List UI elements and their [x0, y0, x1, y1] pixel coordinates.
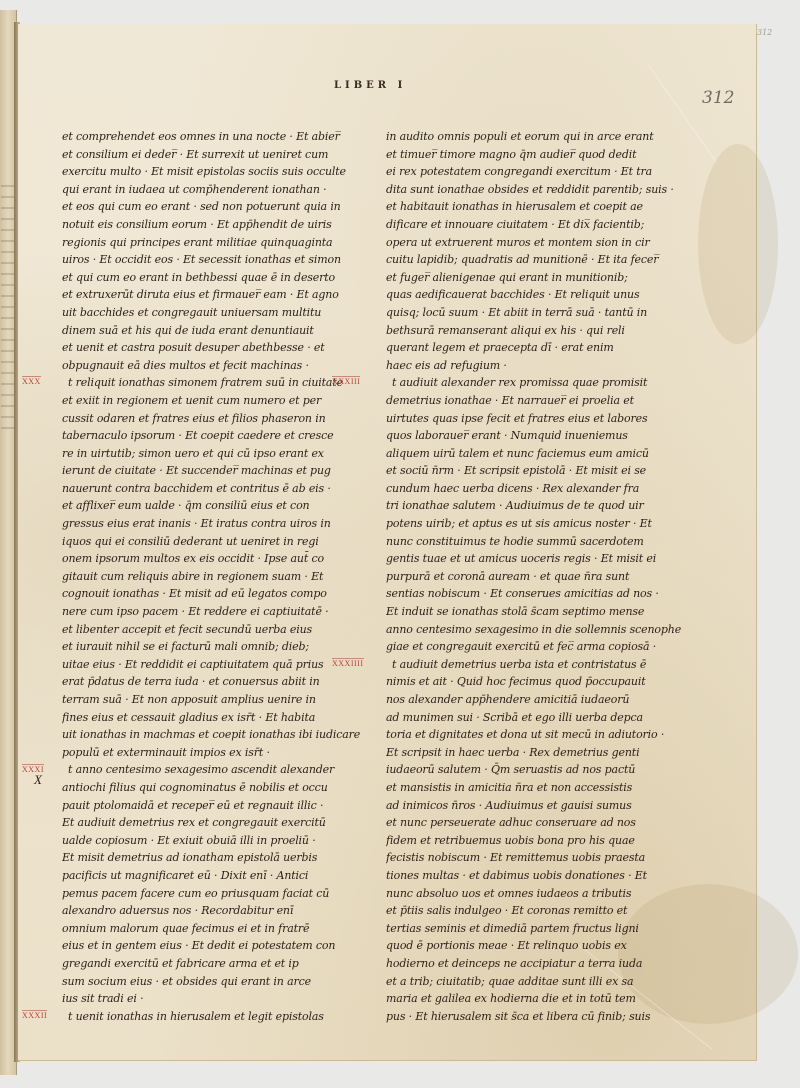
text-line: purpurā et coronā auream · et quae n̄r… — [386, 568, 706, 586]
text-line: cuitu lapidib; quadratis ad munitionē ·… — [386, 251, 706, 269]
text-line: Et anno centesimo sexagesimo ascendit al… — [62, 761, 378, 779]
text-line: et a trib; ciuitatib; quae additae sunt … — [386, 973, 706, 991]
text-line: tertias seminis et dimediā partem fruct… — [386, 920, 706, 938]
text-line: et iurauit nihil se ei facturū mali omn… — [62, 638, 378, 656]
text-line: quod ē portionis meae · Et relinquo uob… — [386, 937, 706, 955]
text-line: onem ipsorum multos ex eis occidit · Ips… — [62, 550, 378, 568]
rubricated-initial: E — [62, 374, 65, 392]
text-line: in audito omnis populi et eorum qui in a… — [386, 128, 706, 146]
text-line: et timuer̅ timore magno q̄m audier̅ quod… — [386, 146, 706, 164]
text-line: populū et exterminauit impios ex isr̄t … — [62, 744, 378, 762]
text-line: pauit ptolomaidā et receper̅ eū et reg… — [62, 797, 378, 815]
text-line: et fuger̅ alienigenae qui erant in munit… — [386, 269, 706, 287]
text-line: anno centesimo sexagesimo in die sollemn… — [386, 621, 706, 639]
text-line: Et scripsit in haec uerba · Rex demetriu… — [386, 744, 706, 762]
text-line: pemus pacem facere cum eo priusquam faci… — [62, 885, 378, 903]
text-line: gentis tuae et ut amicus uoceris regis ·… — [386, 550, 706, 568]
text-line: dinem suā et his qui de iuda erant denu… — [62, 322, 378, 340]
text-line: Et uenit ionathas in hierusalem et legit… — [62, 1008, 378, 1026]
text-line: quos laborauer̅ erant · Numquid inueniem… — [386, 427, 706, 445]
text-line: nos alexander app̄hendere amicitiā iuda… — [386, 691, 706, 709]
text-line: uit ionathas in machmas et coepit ionath… — [62, 726, 378, 744]
corner-folio-number: 312 — [757, 28, 772, 37]
running-head: LIBER I — [334, 80, 406, 91]
text-line: demetrius ionathae · Et narrauer̅ ei pro… — [386, 392, 706, 410]
text-line: et nunc perseuerate adhuc conseruare ad … — [386, 814, 706, 832]
rubricated-initial: E — [386, 374, 389, 392]
text-line: toria et dignitates et dona ut sit mecū… — [386, 726, 706, 744]
text-line: et consilium ei deder̅ · Et surrexit ut … — [62, 146, 378, 164]
text-line: iquos qui ei consiliū dederant ut uenir… — [62, 533, 378, 551]
text-line: regionis qui principes erant militiae qu… — [62, 234, 378, 252]
text-line: gressus eius erat inanis · Et iratus con… — [62, 515, 378, 533]
text-line-content: t uenit ionathas in hierusalem et legit … — [62, 1010, 324, 1023]
text-line: obpugnauit eā dies multos et fecit mach… — [62, 357, 378, 375]
text-line: haec eis ad refugium · — [386, 357, 706, 375]
text-line: notuit eis consilium eorum · Et app̄hend… — [62, 216, 378, 234]
text-line: eius et in gentem eius · Et dedit ei pot… — [62, 937, 378, 955]
chapter-rubric: XXX — [22, 376, 41, 386]
text-line: tiones multas · et dabimus uobis donatio… — [386, 867, 706, 885]
text-line: re in uirtutib; simon uero et qui cū ip… — [62, 445, 378, 463]
text-line-content: t audiuit demetrius uerba ista et contri… — [386, 658, 646, 671]
text-line: ierunt de ciuitate · Et succender̅ machi… — [62, 462, 378, 480]
text-line: et p̄tiis salis indulgeo · Et coronas re… — [386, 902, 706, 920]
text-line: erat p̄datus de terra iuda · et conuersu… — [62, 673, 378, 691]
text-line: pacificis ut magnificaret eū · Dixit en… — [62, 867, 378, 885]
text-line: querant legem et praecepta dī · erat en… — [386, 339, 706, 357]
text-line: nauerunt contra bacchidem et contritus e… — [62, 480, 378, 498]
marginal-numeral: X — [34, 772, 42, 788]
text-line: et qui cum eo erant in bethbessi quae ē… — [62, 269, 378, 287]
text-line: fidem et retribuemus uobis bona pro his … — [386, 832, 706, 850]
text-line: tabernaculo ipsorum · Et coepit caedere … — [62, 427, 378, 445]
text-line: aliquem uirū talem et nunc faciemus eum… — [386, 445, 706, 463]
text-line: nunc constituimus te hodie summū sacerd… — [386, 533, 706, 551]
text-line: Et audiuit alexander rex promissa quae p… — [386, 374, 706, 392]
text-line: qui erant in iudaea ut comp̄henderent io… — [62, 181, 378, 199]
text-line: sentias nobiscum · Et conserues amicitia… — [386, 585, 706, 603]
chapter-rubric: XXXII — [22, 1010, 47, 1020]
text-line: uirtutes quas ipse fecit et fratres eius… — [386, 410, 706, 428]
text-line: Et induit se ionathas stolā s̄cam septi… — [386, 603, 706, 621]
text-line: cognouit ionathas · Et misit ad eū lega… — [62, 585, 378, 603]
text-line: bethsurā remanserant aliqui ex his · qu… — [386, 322, 706, 340]
text-line: tri ionathae salutem · Audiuimus de te q… — [386, 497, 706, 515]
parchment-stain — [698, 144, 778, 344]
text-line: et uenit et castra posuit desuper abethb… — [62, 339, 378, 357]
text-line: ad munimen sui · Scribā et ego illi uer… — [386, 709, 706, 727]
text-line: sum socium eius · et obsides qui erant i… — [62, 973, 378, 991]
text-line: et mansistis in amicitia n̄ra et non acc… — [386, 779, 706, 797]
text-line: Et misit demetrius ad ionatham epistolā… — [62, 849, 378, 867]
text-line: quas aedificauerat bacchides · Et reliqu… — [386, 286, 706, 304]
text-line: dita sunt ionathae obsides et reddidit p… — [386, 181, 706, 199]
text-line: giae et congregauit exercitū et fec̅ ar… — [386, 638, 706, 656]
text-line-content: t audiuit alexander rex promissa quae pr… — [386, 376, 647, 389]
text-line: nimis et ait · Quid hoc fecimus quod p̄o… — [386, 673, 706, 691]
text-line: alexandro aduersus nos · Recordabitur en… — [62, 902, 378, 920]
text-line: cussit odaren et fratres eius et filios … — [62, 410, 378, 428]
text-line: dificare et innouare ciuitatem · Et dix̅… — [386, 216, 706, 234]
facing-page-text-bleed — [1, 185, 14, 435]
text-line: uitae eius · Et reddidit ei captiuitatem… — [62, 656, 378, 674]
text-line: omnium malorum quae fecimus ei et in fra… — [62, 920, 378, 938]
text-line: et sociū n̄rm · Et scripsit epistolā ·… — [386, 462, 706, 480]
text-line: potens uirib; et aptus es ut sis amicus … — [386, 515, 706, 533]
text-line: pus · Et hierusalem sit s̄ca et libera c… — [386, 1008, 706, 1026]
text-line-content: t reliquit ionathas simonem fratrem suū… — [62, 376, 343, 389]
text-line: et comprehendet eos omnes in una nocte ·… — [62, 128, 378, 146]
text-line-content: t anno centesimo sexagesimo ascendit ale… — [62, 763, 334, 776]
text-line: hodierno et deinceps ne accipiatur a ter… — [386, 955, 706, 973]
text-line: Et audiuit demetrius rex et congregauit … — [62, 814, 378, 832]
rubricated-initial: E — [386, 656, 389, 674]
text-line: et eos qui cum eo erant · sed non potuer… — [62, 198, 378, 216]
text-line: ad inimicos n̄ros · Audiuimus et gauisi … — [386, 797, 706, 815]
text-line: et libenter accepit et fecit secundū ue… — [62, 621, 378, 639]
text-line: maria et galilea ex hodierna die et in t… — [386, 990, 706, 1008]
rubricated-initial: E — [62, 1008, 65, 1026]
text-line: gregandi exercitū et fabricare arma et … — [62, 955, 378, 973]
text-line: uiros · Et occidit eos · Et secessit ion… — [62, 251, 378, 269]
text-column-right: in audito omnis populi et eorum qui in a… — [386, 128, 706, 1025]
text-line: et afflixer̅ eum ualde · q̄m consiliū e… — [62, 497, 378, 515]
text-line: ualde copiosum · Et exiuit obuiā illi i… — [62, 832, 378, 850]
text-line: gitauit cum reliquis abire in regionem s… — [62, 568, 378, 586]
chapter-rubric: XXXIII — [332, 376, 360, 386]
text-line: ei rex potestatem congregandi exercitum … — [386, 163, 706, 181]
text-line: fines eius et cessauit gladius ex isr̄t … — [62, 709, 378, 727]
text-line: ius sit tradi ei · — [62, 990, 378, 1008]
text-line: Et reliquit ionathas simonem fratrem suu… — [62, 374, 378, 392]
text-line: iudaeorū salutem · Q̄m seruastis ad nos… — [386, 761, 706, 779]
text-line: terram suā · Et non apposuit amplius ue… — [62, 691, 378, 709]
text-line: cundum haec uerba dicens · Rex alexander… — [386, 480, 706, 498]
chapter-rubric: XXXIIII — [332, 658, 364, 668]
text-line: uit bacchides et congregauit uniuersam m… — [62, 304, 378, 322]
text-line: et exiit in regionem et uenit cum numero… — [62, 392, 378, 410]
text-line: fecistis nobiscum · Et remittemus uobis … — [386, 849, 706, 867]
folio-number: 312 — [702, 88, 734, 108]
text-line: et habitauit ionathas in hierusalem et c… — [386, 198, 706, 216]
text-line: antiochi filius qui cognominatus ē nobi… — [62, 779, 378, 797]
rubricated-initial: E — [62, 761, 65, 779]
text-line: nunc absoluo uos et omnes iudaeos a trib… — [386, 885, 706, 903]
text-line: exercitu multo · Et misit epistolas soci… — [62, 163, 378, 181]
text-line: opera ut extruerent muros et montem sion… — [386, 234, 706, 252]
text-line: et extruxerūt diruta eius et firmauer̅ … — [62, 286, 378, 304]
text-column-left: et comprehendet eos omnes in una nocte ·… — [62, 128, 378, 1025]
text-line: quisq; locū suum · Et abiit in terrā s… — [386, 304, 706, 322]
text-line: Et audiuit demetrius uerba ista et contr… — [386, 656, 706, 674]
text-line: nere cum ipso pacem · Et reddere ei capt… — [62, 603, 378, 621]
